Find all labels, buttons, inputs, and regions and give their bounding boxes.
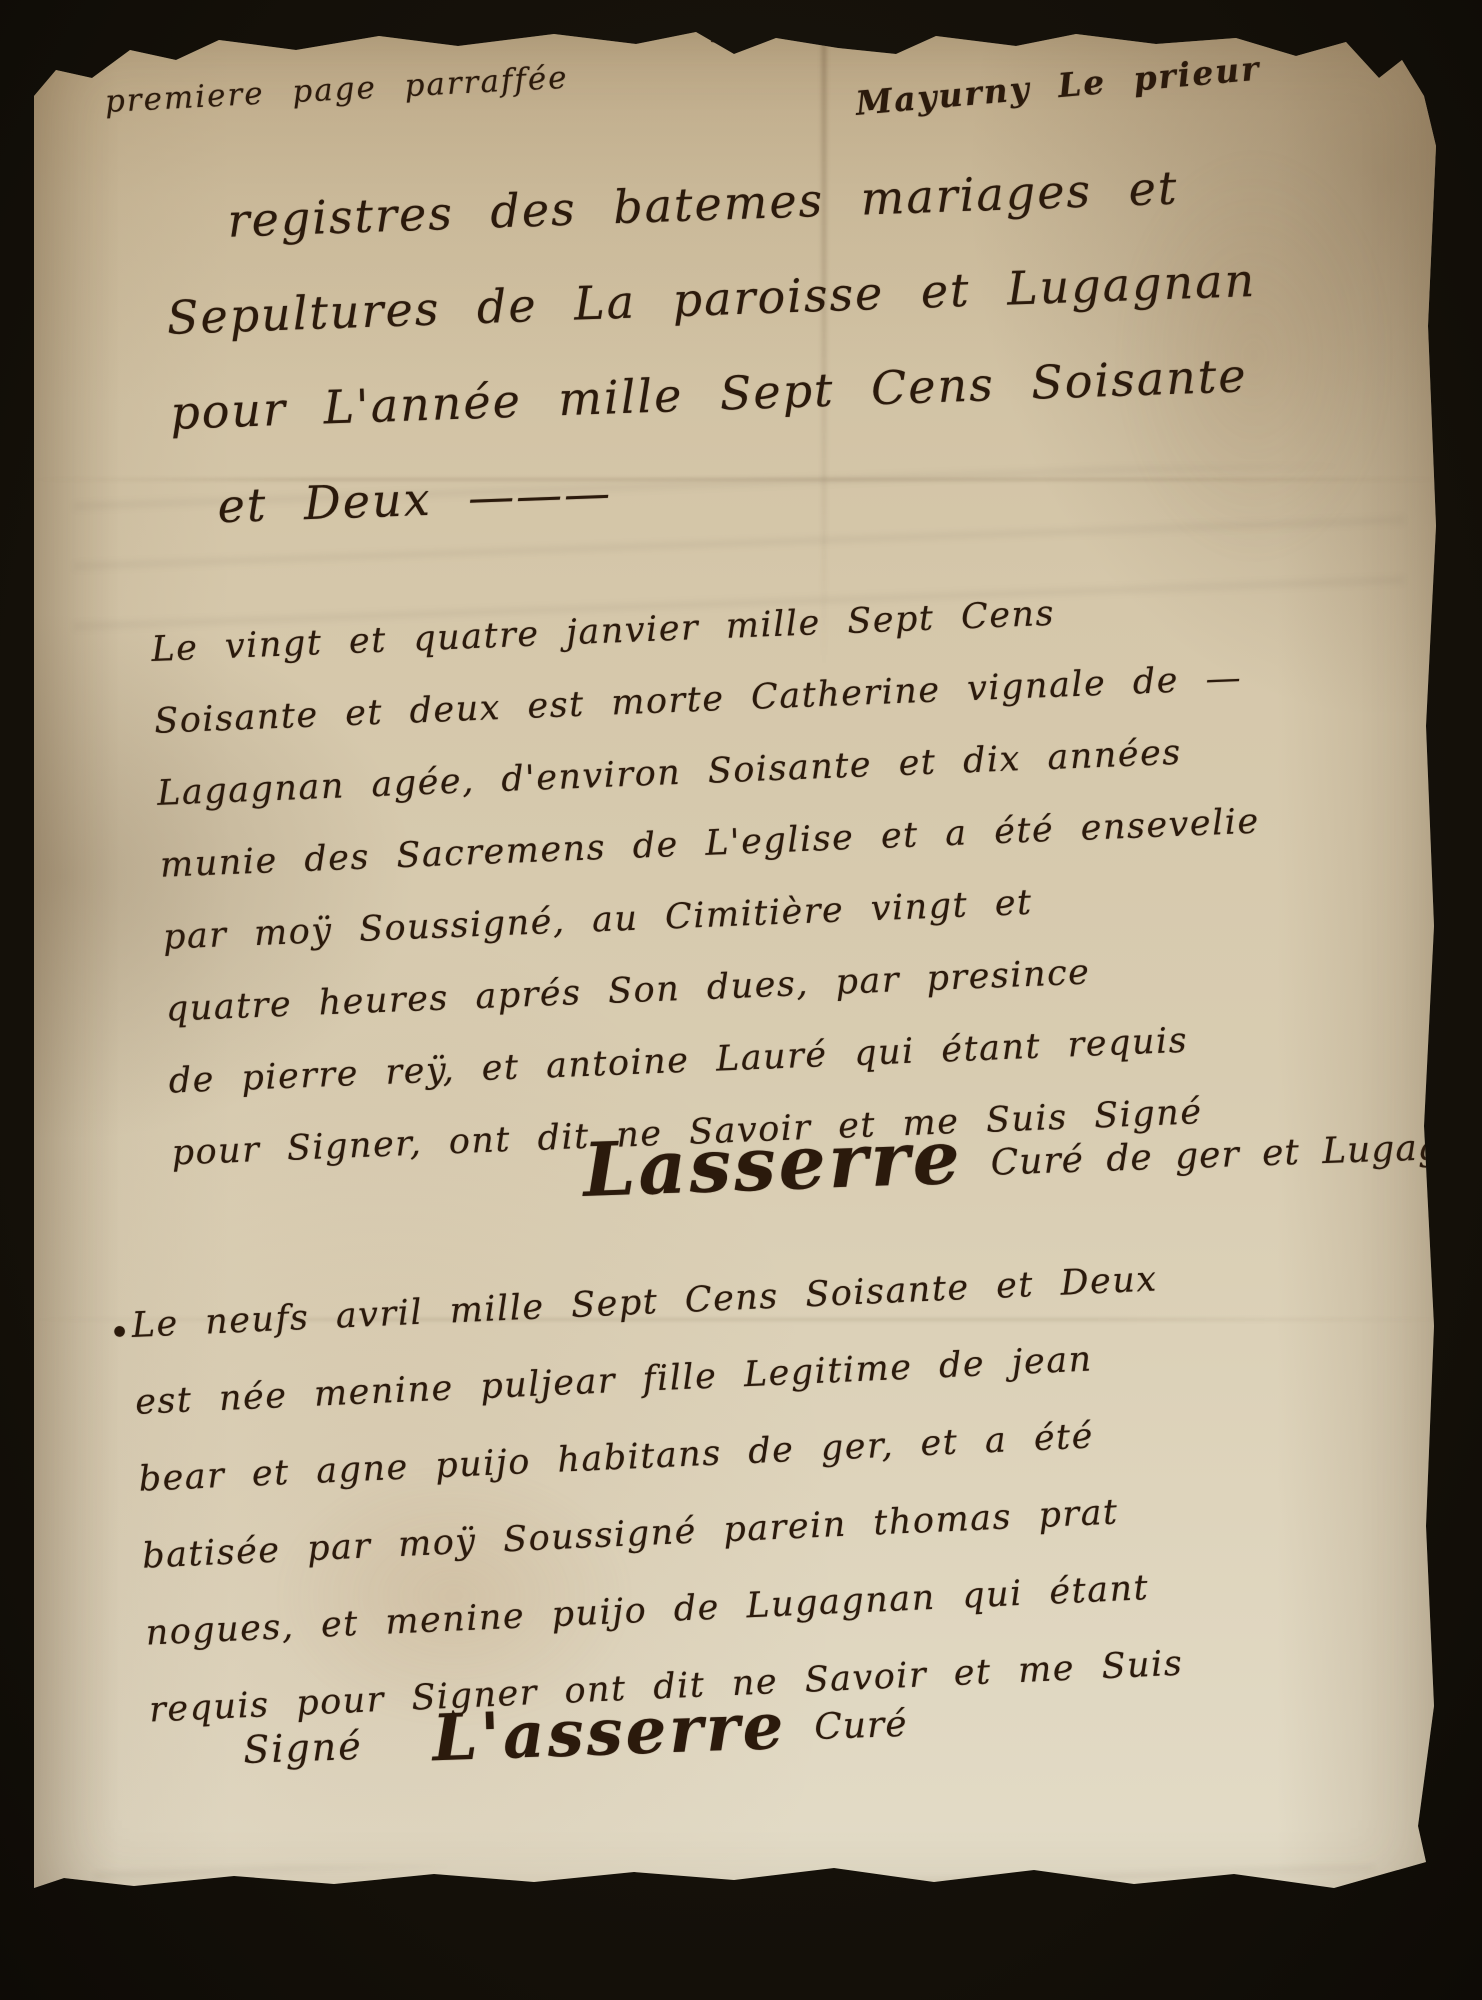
paraph-note: premiere page parraffée: [104, 60, 569, 120]
burial-record-entry: Le vingt et quatre janvier mille Sept Ce…: [150, 570, 1273, 1190]
signature-name: Lasserre: [582, 1121, 964, 1208]
register-title: registres des batemes mariages et Sepult…: [162, 138, 1264, 556]
ink-bleedthrough-bottom: [94, 1866, 1374, 1936]
signature-title: Curé de ger et Lugagnan: [990, 1125, 1482, 1194]
photo-backdrop: 13 premiere page parraffée Mayurny Le pr…: [0, 0, 1482, 2000]
entry-lead-mark: •: [108, 1294, 132, 1372]
manuscript-page: 13 premiere page parraffée Mayurny Le pr…: [34, 26, 1446, 1916]
official-paraph-signature: Mayurny Le prieur: [854, 49, 1262, 123]
page-number-mark: 13: [707, 11, 759, 57]
signature-name: L'asserre: [431, 1695, 787, 1771]
baptism-record-entry: • Le neufs avril mille Sept Cens Soisant…: [130, 1241, 1185, 1749]
signed-word: Signé: [242, 1724, 363, 1778]
signature-title: Curé: [814, 1704, 909, 1758]
